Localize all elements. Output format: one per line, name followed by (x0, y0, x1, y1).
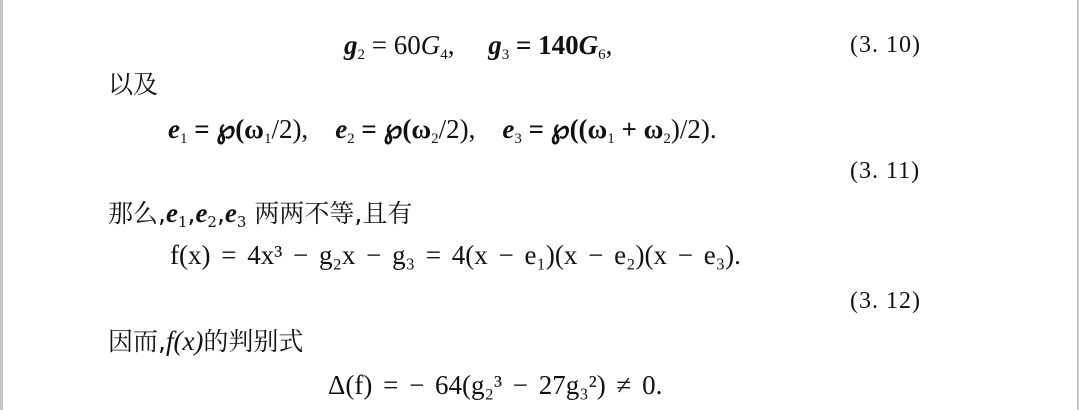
f-of-x: f(x) (166, 326, 203, 356)
var-G: G (579, 30, 599, 60)
text: 因而, (108, 327, 166, 356)
text-therefore-discriminant: 因而,f(x)的判别式 (108, 326, 303, 357)
weierstrass-p: = ℘((ω (522, 114, 607, 144)
subscript: 2 (358, 47, 366, 63)
equation-number-3-12: (3. 12) (850, 288, 921, 315)
var-G: G (421, 30, 441, 60)
equation-3-12: f(x) = 4x³ − g₂x − g₃ = 4(x − e₁)(x − e₂… (170, 240, 741, 270)
weierstrass-p: = ℘(ω (355, 114, 431, 144)
half: /2), (271, 114, 335, 144)
subscript: 6 (598, 47, 606, 63)
var-e: e (335, 114, 347, 144)
text: 的判别式 (203, 327, 303, 356)
subscript: 2 (207, 213, 217, 231)
var-e: e (195, 198, 207, 228)
text: 那么, (108, 199, 166, 228)
separator: , (448, 30, 489, 60)
weierstrass-p: = ℘(ω (187, 114, 263, 144)
subscript: 3 (514, 131, 522, 147)
equation-number-3-11: (3. 11) (850, 158, 920, 185)
subscript: 2 (431, 131, 439, 147)
equation-discriminant: Δ(f) = − 64(g₂³ − 27g₃²) ≠ 0. (328, 370, 662, 400)
var-g: g (488, 30, 502, 60)
text: 两两不等,且有 (246, 199, 412, 228)
subscript: 2 (663, 131, 671, 147)
half: /2), (439, 114, 503, 144)
page-left-border (0, 0, 3, 410)
var-e: e (166, 198, 178, 228)
equation-number-3-10: (3. 10) (850, 32, 921, 59)
subscript: 1 (607, 131, 615, 147)
text-yiji: 以及 (108, 70, 158, 100)
var-e: e (502, 114, 514, 144)
var-g: g (344, 30, 358, 60)
comma: , (217, 199, 225, 228)
subscript: 2 (347, 131, 355, 147)
var-e: e (168, 114, 180, 144)
equation-3-11: e1 = ℘(ω1/2), e2 = ℘(ω2/2), e3 = ℘((ω1 +… (168, 114, 717, 154)
comma: , (606, 30, 613, 60)
equals-60: = 60 (365, 30, 421, 60)
var-e: e (225, 198, 237, 228)
text-then-distinct: 那么,e1,e2,e3 两两不等,且有 (108, 198, 412, 237)
subscript: 4 (440, 47, 448, 63)
equals-140: = 140 (509, 30, 578, 60)
equation-3-10: g2 = 60G4, g3 = 140G6, (344, 30, 612, 70)
half: )/2). (671, 114, 717, 144)
plus-omega: + ω (615, 114, 664, 144)
